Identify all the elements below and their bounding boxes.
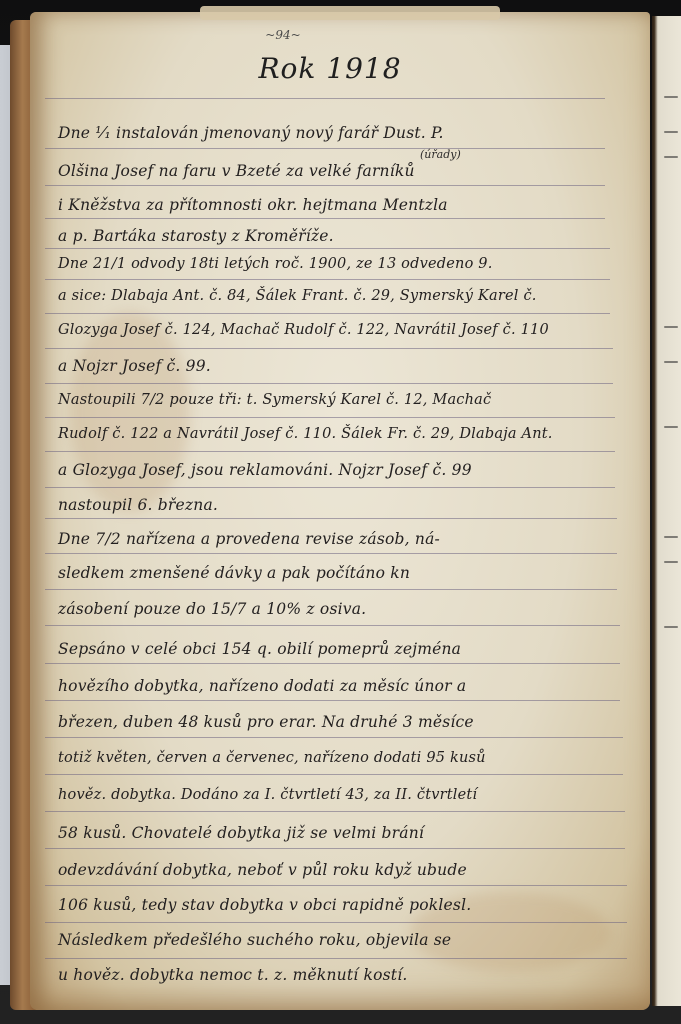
- ruled-line: [45, 885, 627, 886]
- ruled-line: [45, 248, 610, 249]
- handwritten-line: a Glozyga Josef, jsou reklamováni. Nojzr…: [58, 461, 472, 479]
- handwritten-line: Následkem předešlého suchého roku, objev…: [58, 931, 451, 949]
- handwritten-line: 58 kusů. Chovatelé dobytka již se velmi …: [58, 824, 424, 842]
- ruled-line: [45, 279, 610, 280]
- handwritten-line: zásobení pouze do 15/7 a 10% z osiva.: [58, 600, 366, 618]
- page-heading: Rok 1918: [230, 52, 430, 85]
- ruled-line: [45, 383, 613, 384]
- facing-page-handwriting: [664, 156, 678, 158]
- handwritten-line: 106 kusů, tedy stav dobytka v obci rapid…: [58, 896, 471, 914]
- ruled-line: [45, 922, 627, 923]
- ruled-line: [45, 811, 625, 812]
- ruled-line: [45, 848, 625, 849]
- handwritten-line: Olšina Josef na faru v Bzeté za velké fa…: [58, 162, 415, 180]
- ruled-line: [45, 313, 610, 314]
- handwritten-line: i Kněžstva za přítomnosti okr. hejtmana …: [58, 196, 448, 214]
- facing-page-handwriting: [664, 626, 678, 628]
- facing-page-handwriting: [664, 361, 678, 363]
- facing-page-handwriting: [664, 536, 678, 538]
- handwritten-line: a p. Bartáka starosty z Kroměříže.: [58, 227, 334, 245]
- ruled-line: [45, 737, 623, 738]
- ruled-line: [45, 700, 620, 701]
- handwritten-line: odevzdávání dobytka, neboť v půl roku kd…: [58, 861, 467, 879]
- ruled-line: [45, 589, 617, 590]
- handwritten-line: Rudolf č. 122 a Navrátil Josef č. 110. Š…: [58, 426, 553, 442]
- facing-page-handwriting: [664, 561, 678, 563]
- scanned-ledger-photo: ~94~ Rok 1918 (úřady) Dne ¹⁄₁ instalován…: [0, 0, 681, 1024]
- facing-page-strip: [652, 16, 681, 1006]
- interlinear-note: (úřady): [420, 148, 461, 161]
- page-top-edge: [200, 6, 500, 20]
- handwritten-line: a sice: Dlabaja Ant. č. 84, Šálek Frant.…: [58, 288, 537, 304]
- handwritten-line: u hověz. dobytka nemoc t. z. měknutí kos…: [58, 966, 408, 984]
- ruled-line: [45, 625, 620, 626]
- handwritten-line: hověz. dobytka. Dodáno za I. čtvrtletí 4…: [58, 787, 477, 803]
- handwritten-line: sledkem zmenšené dávky a pak počítáno kn: [58, 564, 410, 582]
- ruled-line: [45, 98, 605, 99]
- ruled-line: [45, 348, 613, 349]
- ruled-line: [45, 148, 605, 149]
- facing-page-handwriting: [664, 96, 678, 98]
- ruled-line: [45, 663, 620, 664]
- ruled-line: [45, 958, 627, 959]
- ruled-line: [45, 417, 615, 418]
- ruled-line: [45, 553, 617, 554]
- facing-page-handwriting: [664, 131, 678, 133]
- handwritten-line: Glozyga Josef č. 124, Machač Rudolf č. 1…: [58, 322, 549, 338]
- handwritten-line: Dne ¹⁄₁ instalován jmenovaný nový farář …: [58, 124, 444, 142]
- ruled-line: [45, 451, 615, 452]
- handwritten-line: hovězího dobytka, nařízeno dodati za měs…: [58, 677, 466, 695]
- facing-page-handwriting: [664, 326, 678, 328]
- handwritten-line: Sepsáno v celé obci 154 q. obilí pomeprů…: [58, 640, 461, 658]
- ruled-line: [45, 518, 617, 519]
- handwritten-line: totiž květen, červen a červenec, nařízen…: [58, 750, 486, 766]
- handwritten-line: Dne 21/1 odvody 18ti letých roč. 1900, z…: [58, 256, 493, 272]
- handwritten-line: březen, duben 48 kusů pro erar. Na druhé…: [58, 713, 474, 731]
- ruled-line: [45, 218, 605, 219]
- handwritten-line: Nastoupili 7/2 pouze tři: t. Symerský Ka…: [58, 392, 491, 408]
- ruled-line: [45, 487, 615, 488]
- facing-page-handwriting: [664, 426, 678, 428]
- handwritten-line: Dne 7/2 nařízena a provedena revise záso…: [58, 530, 440, 548]
- handwritten-line: a Nojzr Josef č. 99.: [58, 357, 211, 375]
- ruled-line: [45, 185, 605, 186]
- paper-stain: [70, 312, 190, 512]
- page-number: ~94~: [253, 28, 313, 42]
- handwritten-line: nastoupil 6. března.: [58, 496, 218, 514]
- ruled-line: [45, 774, 623, 775]
